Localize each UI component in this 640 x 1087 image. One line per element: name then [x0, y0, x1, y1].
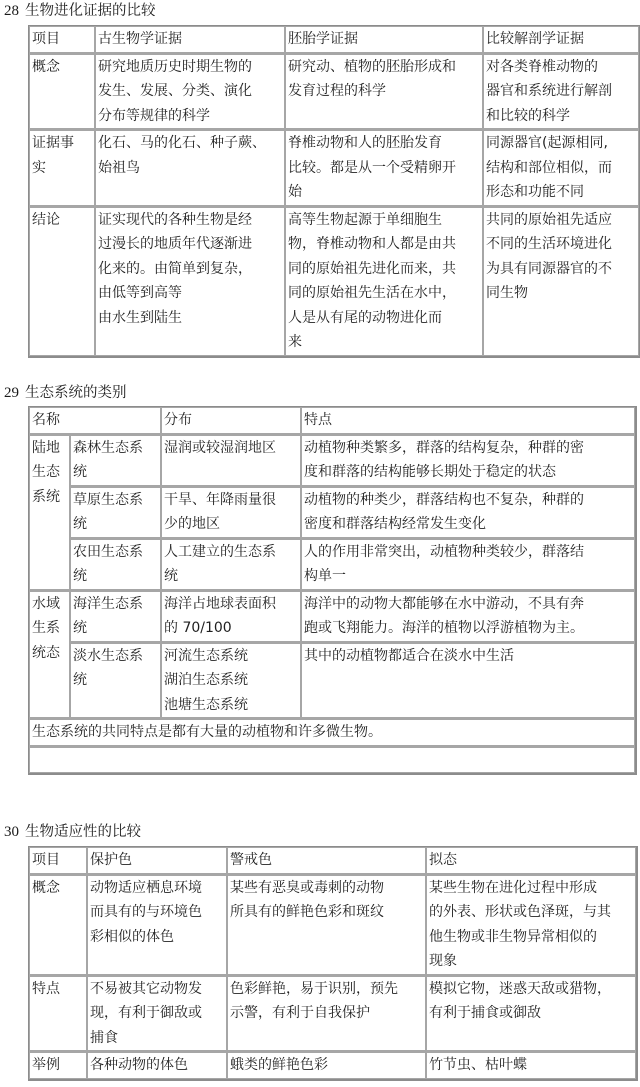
header-cell: 古生物学证据: [95, 26, 285, 53]
cell-line: 结构和部位相似，而: [486, 156, 636, 181]
cell-line: 生态: [32, 460, 67, 485]
footer-note: 生态系统的共同特点是都有大量的动植物和许多微生物。: [29, 718, 635, 746]
cell-line: 陆地: [32, 436, 67, 461]
cell-line: 统: [73, 512, 158, 537]
cell-line: 统: [73, 564, 158, 589]
cell-line: 脊椎动物和人的胚胎发育: [288, 131, 480, 156]
features-cell: 其中的动植物都适合在淡水中生活: [301, 642, 635, 719]
table-cell: 同源器官(起源相同, 结构和部位相似，而 形态和功能不同: [483, 129, 639, 206]
cell-line: 某些有恶臭或毒刺的动物: [230, 876, 423, 901]
cell-line: 密度和群落结构经常发生变化: [304, 512, 632, 537]
row-label: 概念: [29, 874, 87, 975]
table-cell: 脊椎动物和人的胚胎发育 比较。都是从一个受精卵开 始: [285, 129, 483, 206]
ecosystem-name: 草原生态系 统: [70, 486, 161, 538]
header-cell: 项目: [29, 26, 95, 53]
cell-line: 统: [73, 668, 158, 693]
table-cell: 某些生物在进化过程中形成 的外表、形状或色泽斑，与其 他生物或非生物异常相似的 …: [426, 874, 636, 975]
cell-line: 人的作用非常突出，动植物种类较少，群落结: [304, 540, 632, 565]
cell-line: 过漫长的地质年代逐渐进: [98, 232, 282, 257]
cell-line: 他生物或非生物异常相似的: [429, 925, 633, 950]
table-cell: 对各类脊椎动物的 器官和系统进行解剖 和比较的科学: [483, 53, 639, 130]
group-label: 陆地 生态 系统: [29, 434, 70, 590]
header-cell: 警戒色: [227, 847, 426, 874]
section-number: 29: [4, 385, 19, 401]
cell-line: 高等生物起源于单细胞生: [288, 208, 480, 233]
cell-line: 动物适应栖息环境: [90, 876, 224, 901]
cell-line: 共同的原始祖先适应: [486, 208, 636, 233]
cell-line: 草原生态系: [73, 488, 158, 513]
table-row: 特点 不易被其它动物发 现，有利于御敌或 捕食 色彩鲜艳，易于识别，预先 示警，…: [29, 975, 636, 1052]
adaptation-comparison-table: 项目 保护色 警戒色 拟态 概念 动物适应栖息环境 而具有的与环境色 彩相似的体…: [28, 846, 638, 1081]
table-cell: 色彩鲜艳，易于识别，预先 示警，有利于自我保护: [227, 975, 426, 1052]
table-row: 农田生态系 统 人工建立的生态系 统 人的作用非常突出，动植物种类较少，群落结 …: [29, 538, 635, 590]
table-row: 结论 证实现代的各种生物是经 过漫长的地质年代逐渐进 化来的。由简单到复杂， 由…: [29, 206, 639, 356]
row-label: 证据事 实: [29, 129, 95, 206]
table-header-row: 项目 古生物学证据 胚胎学证据 比较解剖学证据: [29, 26, 639, 53]
ecosystem-name: 农田生态系 统: [70, 538, 161, 590]
table-cell: 各种动物的体色: [87, 1051, 227, 1079]
table-footer-row: 生态系统的共同特点是都有大量的动植物和许多微生物。: [29, 718, 635, 746]
cell-line: 的 70/100: [164, 616, 298, 641]
cell-line: 证据事: [32, 131, 92, 156]
section-30-title: 30生物适应性的比较: [4, 822, 141, 842]
cell-line: 实: [32, 156, 92, 181]
header-cell: 名称: [29, 407, 161, 434]
cell-line: 动植物种类繁多，群落的结构复杂，种群的密: [304, 436, 632, 461]
cell-line: 同生物: [486, 281, 636, 306]
table-row: 水域 生系 统态 海洋生态系 统 海洋占地球表面积 的 70/100 海洋中的动…: [29, 590, 635, 642]
distribution-cell: 河流生态系统 湖泊生态系统 池塘生态系统: [161, 642, 301, 719]
cell-line: 研究动、植物的胚胎形成和: [288, 55, 480, 80]
features-cell: 动植物的种类少，群落结构也不复杂，种群的 密度和群落结构经常发生变化: [301, 486, 635, 538]
cell-line: 干旱、年降雨量很: [164, 488, 298, 513]
cell-line: 由水生到陆生: [98, 306, 282, 331]
cell-line: 始祖鸟: [98, 156, 282, 181]
evolution-evidence-table: 项目 古生物学证据 胚胎学证据 比较解剖学证据 概念 研究地质历史时期生物的 发…: [28, 25, 640, 358]
table-cell: 证实现代的各种生物是经 过漫长的地质年代逐渐进 化来的。由简单到复杂， 由低等到…: [95, 206, 285, 356]
header-cell: 比较解剖学证据: [483, 26, 639, 53]
section-29-title: 29生态系统的类别: [4, 383, 127, 403]
row-label: 特点: [29, 975, 87, 1052]
cell-line: 始: [288, 180, 480, 205]
table-row: 概念 研究地质历史时期生物的 发生、发展、分类、演化 分布等规律的科学 研究动、…: [29, 53, 639, 130]
cell-line: 物，脊椎动物和人都是由共: [288, 232, 480, 257]
cell-line: 跑或飞翔能力。海洋的植物以浮游植物为主。: [304, 616, 632, 641]
features-cell: 海洋中的动物大都能够在水中游动，不具有奔 跑或飞翔能力。海洋的植物以浮游植物为主…: [301, 590, 635, 642]
table-row: 证据事 实 化石、马的化石、种子蕨、 始祖鸟 脊椎动物和人的胚胎发育 比较。都是…: [29, 129, 639, 206]
cell-line: 湖泊生态系统: [164, 668, 298, 693]
cell-line: 色彩鲜艳，易于识别，预先: [230, 977, 423, 1002]
cell-line: 其中的动植物都适合在淡水中生活: [304, 644, 632, 669]
cell-line: 所具有的鲜艳色彩和斑纹: [230, 900, 423, 925]
section-number: 30: [4, 824, 19, 840]
features-cell: 人的作用非常突出，动植物种类较少，群落结 构单一: [301, 538, 635, 590]
cell-line: 生系: [32, 616, 67, 641]
cell-line: 彩相似的体色: [90, 925, 224, 950]
cell-line: 动植物的种类少，群落结构也不复杂，种群的: [304, 488, 632, 513]
cell-line: 河流生态系统: [164, 644, 298, 669]
cell-line: 同源器官(起源相同,: [486, 131, 636, 156]
table-cell: 模拟它物，迷惑天敌或猎物， 有利于捕食或御敌: [426, 975, 636, 1052]
table-cell: 竹节虫、枯叶蝶: [426, 1051, 636, 1079]
header-cell: 分布: [161, 407, 301, 434]
cell-line: 而具有的与环境色: [90, 900, 224, 925]
row-label: 结论: [29, 206, 95, 356]
table-cell: 蛾类的鲜艳色彩: [227, 1051, 426, 1079]
cell-line: 化石、马的化石、种子蕨、: [98, 131, 282, 156]
table-row: 陆地 生态 系统 森林生态系 统 湿润或较湿润地区 动植物种类繁多，群落的结构复…: [29, 434, 635, 486]
cell-line: 池塘生态系统: [164, 693, 298, 718]
distribution-cell: 干旱、年降雨量很 少的地区: [161, 486, 301, 538]
section-28-title: 28生物进化证据的比较: [4, 1, 156, 21]
cell-line: 对各类脊椎动物的: [486, 55, 636, 80]
cell-line: 某些生物在进化过程中形成: [429, 876, 633, 901]
table-cell: 不易被其它动物发 现，有利于御敌或 捕食: [87, 975, 227, 1052]
empty-row: [29, 746, 635, 773]
cell-line: 证实现代的各种生物是经: [98, 208, 282, 233]
cell-line: 由低等到高等: [98, 281, 282, 306]
table-cell: 某些有恶臭或毒刺的动物 所具有的鲜艳色彩和斑纹: [227, 874, 426, 975]
cell-line: 来: [288, 330, 480, 355]
table-cell: 研究动、植物的胚胎形成和 发育过程的科学: [285, 53, 483, 130]
cell-line: 淡水生态系: [73, 644, 158, 669]
header-cell: 拟态: [426, 847, 636, 874]
row-label: 概念: [29, 53, 95, 130]
cell-line: 水域: [32, 592, 67, 617]
cell-line: 分布等规律的科学: [98, 104, 282, 129]
table-header-row: 名称 分布 特点: [29, 407, 635, 434]
cell-line: 捕食: [90, 1026, 224, 1051]
features-cell: 动植物种类繁多，群落的结构复杂，种群的密 度和群落的结构能够长期处于稳定的状态: [301, 434, 635, 486]
cell-line: 发生、发展、分类、演化: [98, 79, 282, 104]
cell-line: 的外表、形状或色泽斑，与其: [429, 900, 633, 925]
table-header-row: 项目 保护色 警戒色 拟态: [29, 847, 636, 874]
ecosystem-name: 淡水生态系 统: [70, 642, 161, 719]
cell-line: 森林生态系: [73, 436, 158, 461]
cell-line: 少的地区: [164, 512, 298, 537]
ecosystem-name: 海洋生态系 统: [70, 590, 161, 642]
cell-line: 同的原始祖先进化而来，共: [288, 257, 480, 282]
cell-line: 人工建立的生态系: [164, 540, 298, 565]
cell-line: 统: [73, 616, 158, 641]
cell-line: 模拟它物，迷惑天敌或猎物，: [429, 977, 633, 1002]
cell-line: 发育过程的科学: [288, 79, 480, 104]
row-label: 举例: [29, 1051, 87, 1079]
cell-line: 海洋占地球表面积: [164, 592, 298, 617]
table-row: 草原生态系 统 干旱、年降雨量很 少的地区 动植物的种类少，群落结构也不复杂，种…: [29, 486, 635, 538]
distribution-cell: 人工建立的生态系 统: [161, 538, 301, 590]
cell-line: 示警，有利于自我保护: [230, 1001, 423, 1026]
cell-line: 不同的生活环境进化: [486, 232, 636, 257]
cell-line: 现，有利于御敌或: [90, 1001, 224, 1026]
cell-line: 同的原始祖先生活在水中，: [288, 281, 480, 306]
ecosystem-name: 森林生态系 统: [70, 434, 161, 486]
section-title-text: 生物进化证据的比较: [25, 3, 156, 19]
header-cell: 胚胎学证据: [285, 26, 483, 53]
cell-line: 湿润或较湿润地区: [164, 436, 298, 461]
cell-line: 统态: [32, 641, 67, 666]
cell-line: 度和群落的结构能够长期处于稳定的状态: [304, 460, 632, 485]
table-cell: 高等生物起源于单细胞生 物，脊椎动物和人都是由共 同的原始祖先进化而来，共 同的…: [285, 206, 483, 356]
section-title-text: 生态系统的类别: [25, 385, 127, 401]
cell-line: 海洋中的动物大都能够在水中游动，不具有奔: [304, 592, 632, 617]
distribution-cell: 海洋占地球表面积 的 70/100: [161, 590, 301, 642]
table-cell: 共同的原始祖先适应 不同的生活环境进化 为具有同源器官的不 同生物: [483, 206, 639, 356]
table-row: 举例 各种动物的体色 蛾类的鲜艳色彩 竹节虫、枯叶蝶: [29, 1051, 636, 1079]
cell-line: 海洋生态系: [73, 592, 158, 617]
header-cell: 项目: [29, 847, 87, 874]
section-number: 28: [4, 3, 19, 19]
section-title-text: 生物适应性的比较: [25, 824, 141, 840]
group-label: 水域 生系 统态: [29, 590, 70, 719]
cell-line: 研究地质历史时期生物的: [98, 55, 282, 80]
cell-line: 构单一: [304, 564, 632, 589]
cell-line: 人是从有尾的动物进化而: [288, 306, 480, 331]
cell-line: 农田生态系: [73, 540, 158, 565]
table-cell: 化石、马的化石、种子蕨、 始祖鸟: [95, 129, 285, 206]
table-row: 概念 动物适应栖息环境 而具有的与环境色 彩相似的体色 某些有恶臭或毒刺的动物 …: [29, 874, 636, 975]
cell-line: 统: [73, 460, 158, 485]
cell-line: 不易被其它动物发: [90, 977, 224, 1002]
cell-line: 形态和功能不同: [486, 180, 636, 205]
cell-line: 系统: [32, 485, 67, 510]
header-cell: 保护色: [87, 847, 227, 874]
empty-cell: [29, 746, 635, 773]
cell-line: 化来的。由简单到复杂，: [98, 257, 282, 282]
cell-line: 现象: [429, 949, 633, 974]
cell-line: 比较。都是从一个受精卵开: [288, 156, 480, 181]
cell-line: 和比较的科学: [486, 104, 636, 129]
cell-line: 有利于捕食或御敌: [429, 1001, 633, 1026]
header-cell: 特点: [301, 407, 635, 434]
cell-line: 统: [164, 564, 298, 589]
ecosystem-types-table: 名称 分布 特点 陆地 生态 系统 森林生态系 统 湿润或较湿润地区 动植物种类…: [28, 406, 637, 775]
cell-line: 器官和系统进行解剖: [486, 79, 636, 104]
table-cell: 动物适应栖息环境 而具有的与环境色 彩相似的体色: [87, 874, 227, 975]
cell-line: 为具有同源器官的不: [486, 257, 636, 282]
table-cell: 研究地质历史时期生物的 发生、发展、分类、演化 分布等规律的科学: [95, 53, 285, 130]
distribution-cell: 湿润或较湿润地区: [161, 434, 301, 486]
table-row: 淡水生态系 统 河流生态系统 湖泊生态系统 池塘生态系统 其中的动植物都适合在淡…: [29, 642, 635, 719]
